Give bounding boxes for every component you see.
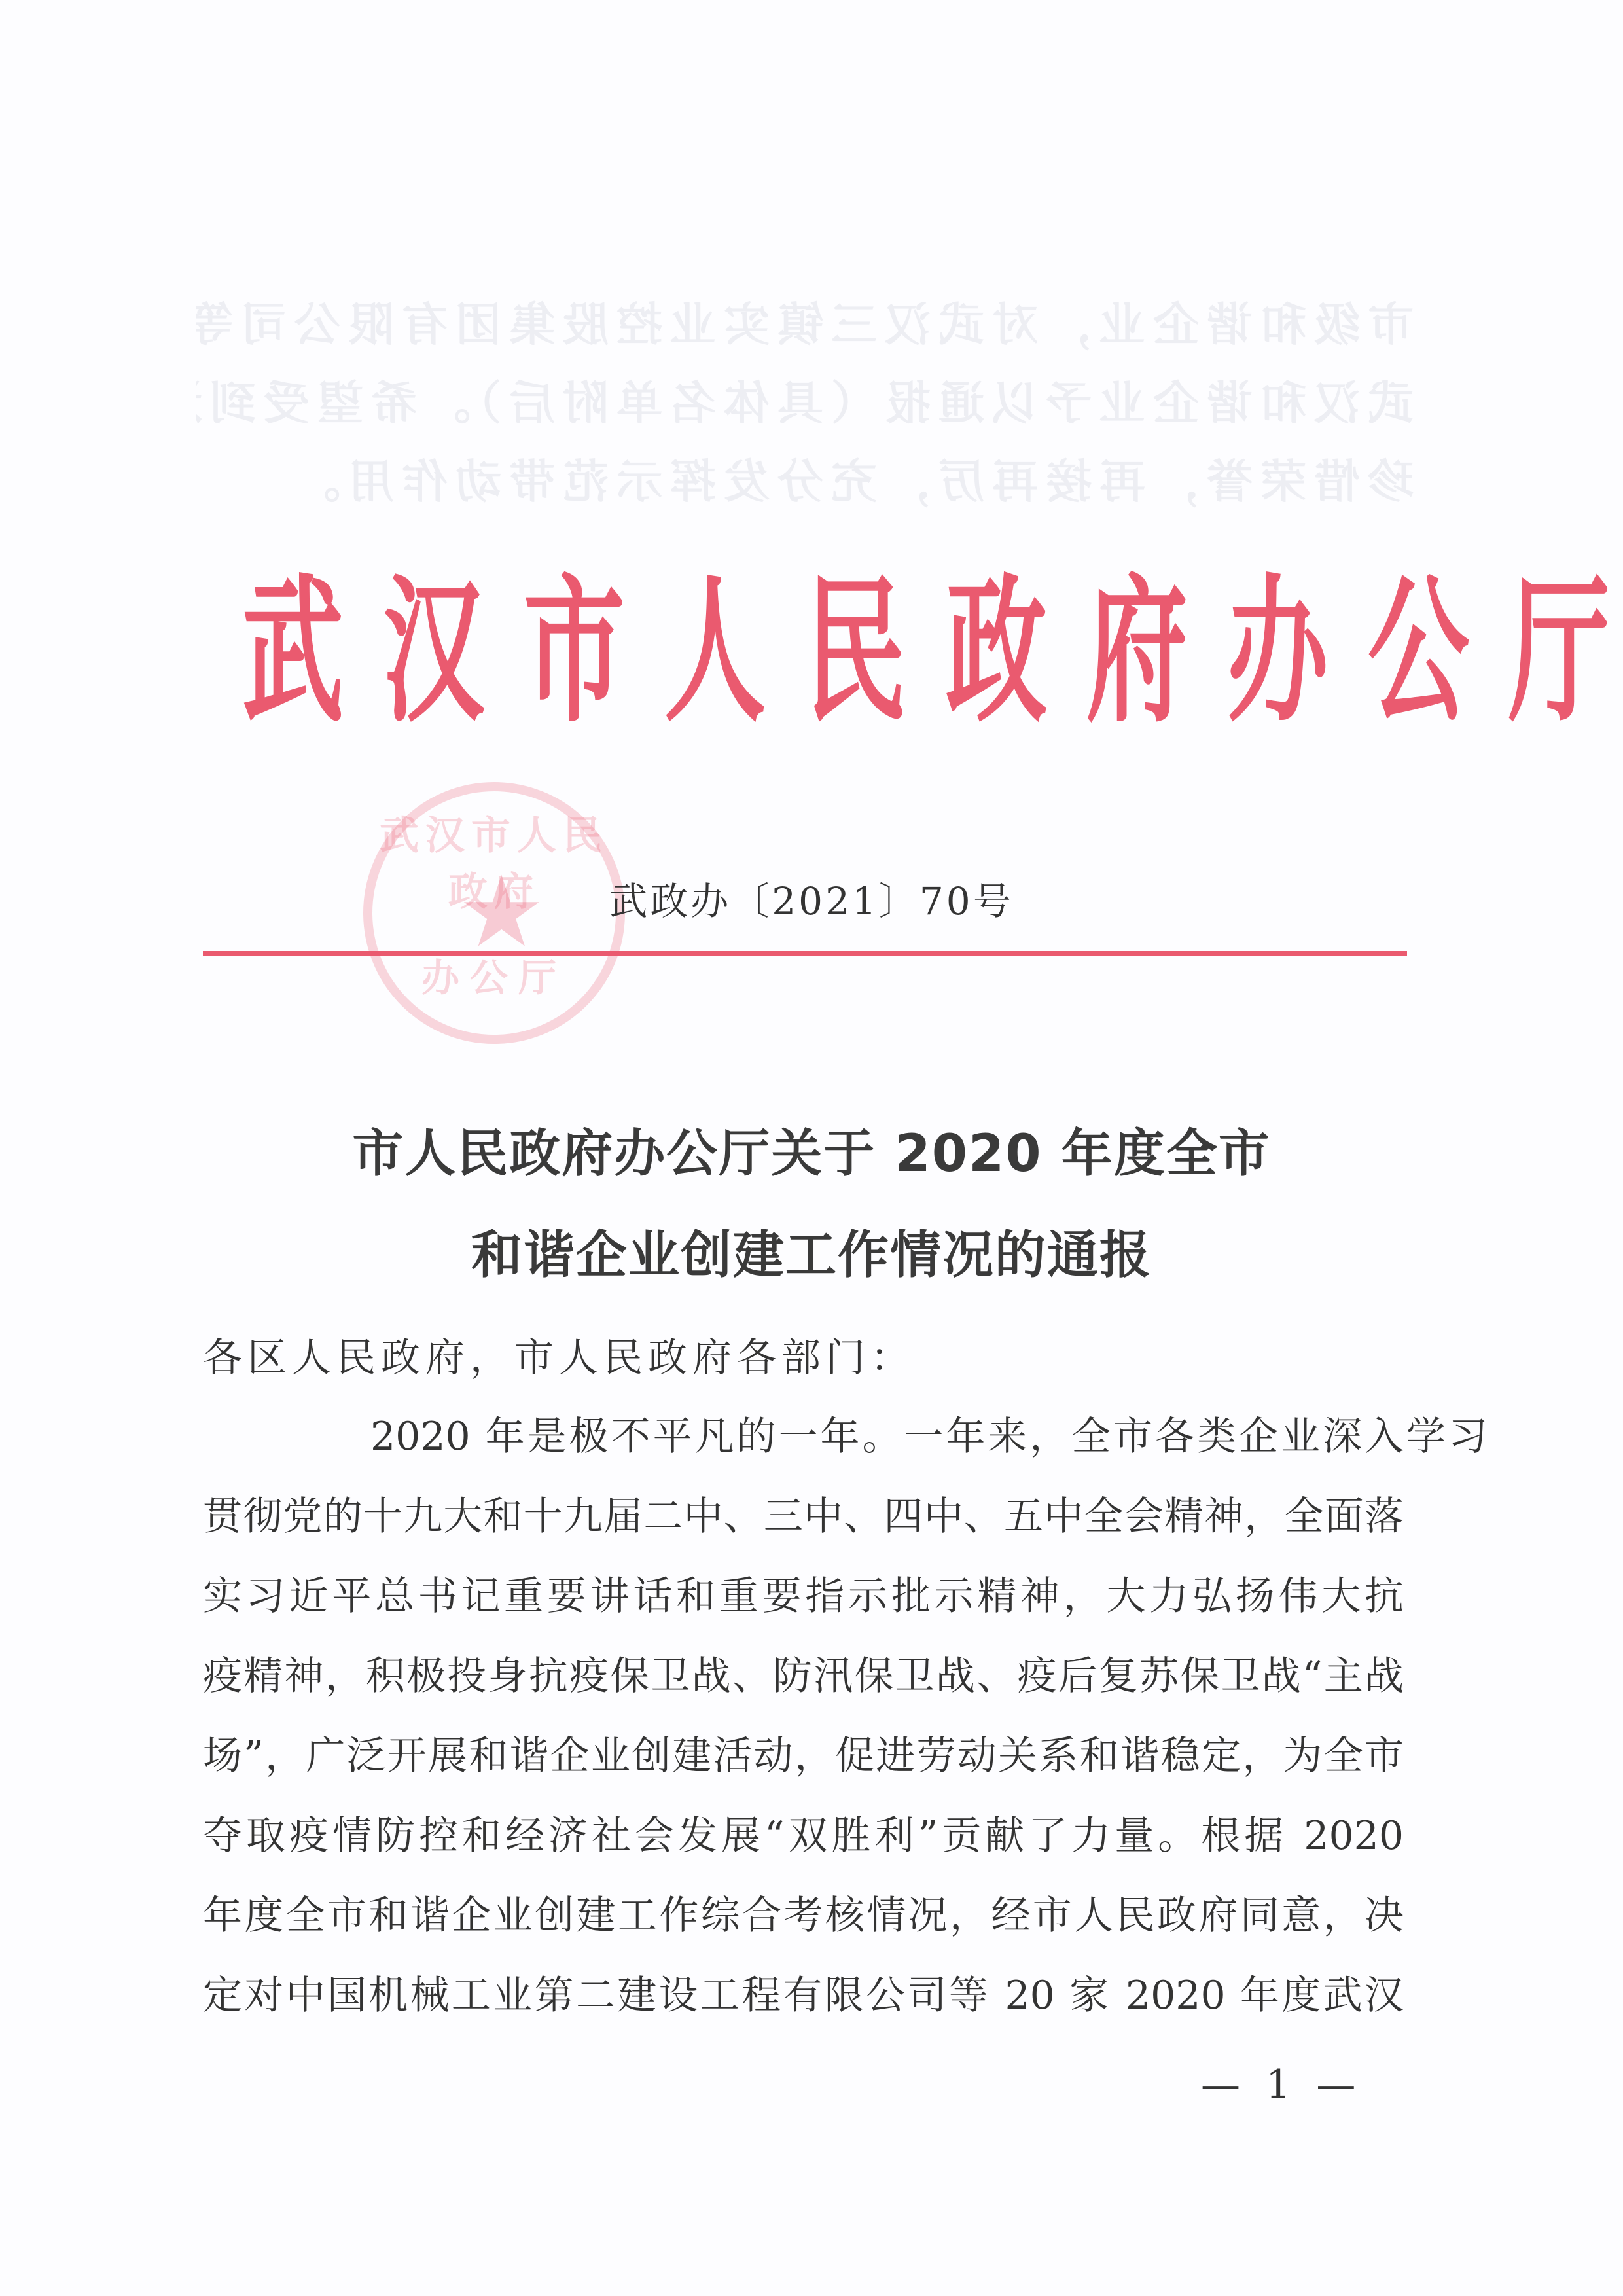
issuer-masthead: 武 汉 市 人 民 政 府 办 公 厅 文 件 — [223, 563, 1387, 740]
page-number: — 1 — — [1201, 2062, 1362, 2108]
body-line: 贯彻党的十九大和十九届二中、三中、四中、五中全会精神，全面落 — [203, 1497, 1404, 1536]
masthead-char: 市 — [524, 573, 625, 730]
document-number: 武政办〔2021〕70号 — [0, 870, 1623, 925]
body-line: 年度全市和谐企业创建工作综合考核情况，经市人民政府同意，决 — [203, 1896, 1404, 1935]
masthead-char: 汉 — [383, 573, 484, 730]
masthead-char: 民 — [805, 573, 906, 730]
document-title-line-2: 和谐企业创建工作情况的通报 — [0, 1214, 1623, 1287]
document-page: 市级和谐企业，对武汉三镇实业控股集团有限公司等 86 家 2020 年度 武汉和… — [0, 0, 1623, 2296]
masthead-char: 武 — [242, 573, 344, 730]
masthead-char: 办 — [1227, 573, 1329, 730]
body-line: 场”，广泛开展和谐企业创建活动，促进劳动关系和谐稳定，为全市 — [203, 1736, 1404, 1776]
body-line: 2020 年是极不平凡的一年。一年来，全市各类企业深入学习 — [287, 1417, 1488, 1456]
bleed-through-text: 珍惜荣誉，再接再厉，充分发挥示范带动作用。 — [196, 445, 1414, 511]
document-title-line-1: 市人民政府办公厅关于 2020 年度全市 — [0, 1113, 1623, 1186]
body-line: 夺取疫情防控和经济社会发展“双胜利”贡献了力量。根据 2020 — [203, 1816, 1404, 1856]
salutation: 各区人民政府，市人民政府各部门： — [203, 1338, 1404, 1378]
bleed-through-text: 市级和谐企业，对武汉三镇实业控股集团有限公司等 86 家 2020 年度 — [196, 288, 1414, 354]
body-line: 实习近平总书记重要讲话和重要指示批示精神，大力弘扬伟大抗 — [203, 1577, 1404, 1616]
masthead-char: 府 — [1086, 573, 1188, 730]
masthead-char: 人 — [664, 573, 766, 730]
body-line: 疫精神，积极投身抗疫保卫战、防汛保卫战、疫后复苏保卫战“主战 — [203, 1657, 1404, 1696]
masthead-char: 厅 — [1508, 573, 1610, 730]
masthead-char: 公 — [1368, 573, 1469, 730]
masthead-char: 政 — [946, 573, 1047, 730]
bleed-through-text: 武汉和谐企业予以通报（具体名单附后）。希望受到通报的单位 — [196, 367, 1414, 433]
body-line: 定对中国机械工业第二建设工程有限公司等 20 家 2020 年度武汉 — [203, 1976, 1404, 2015]
red-separator-line — [203, 951, 1407, 956]
